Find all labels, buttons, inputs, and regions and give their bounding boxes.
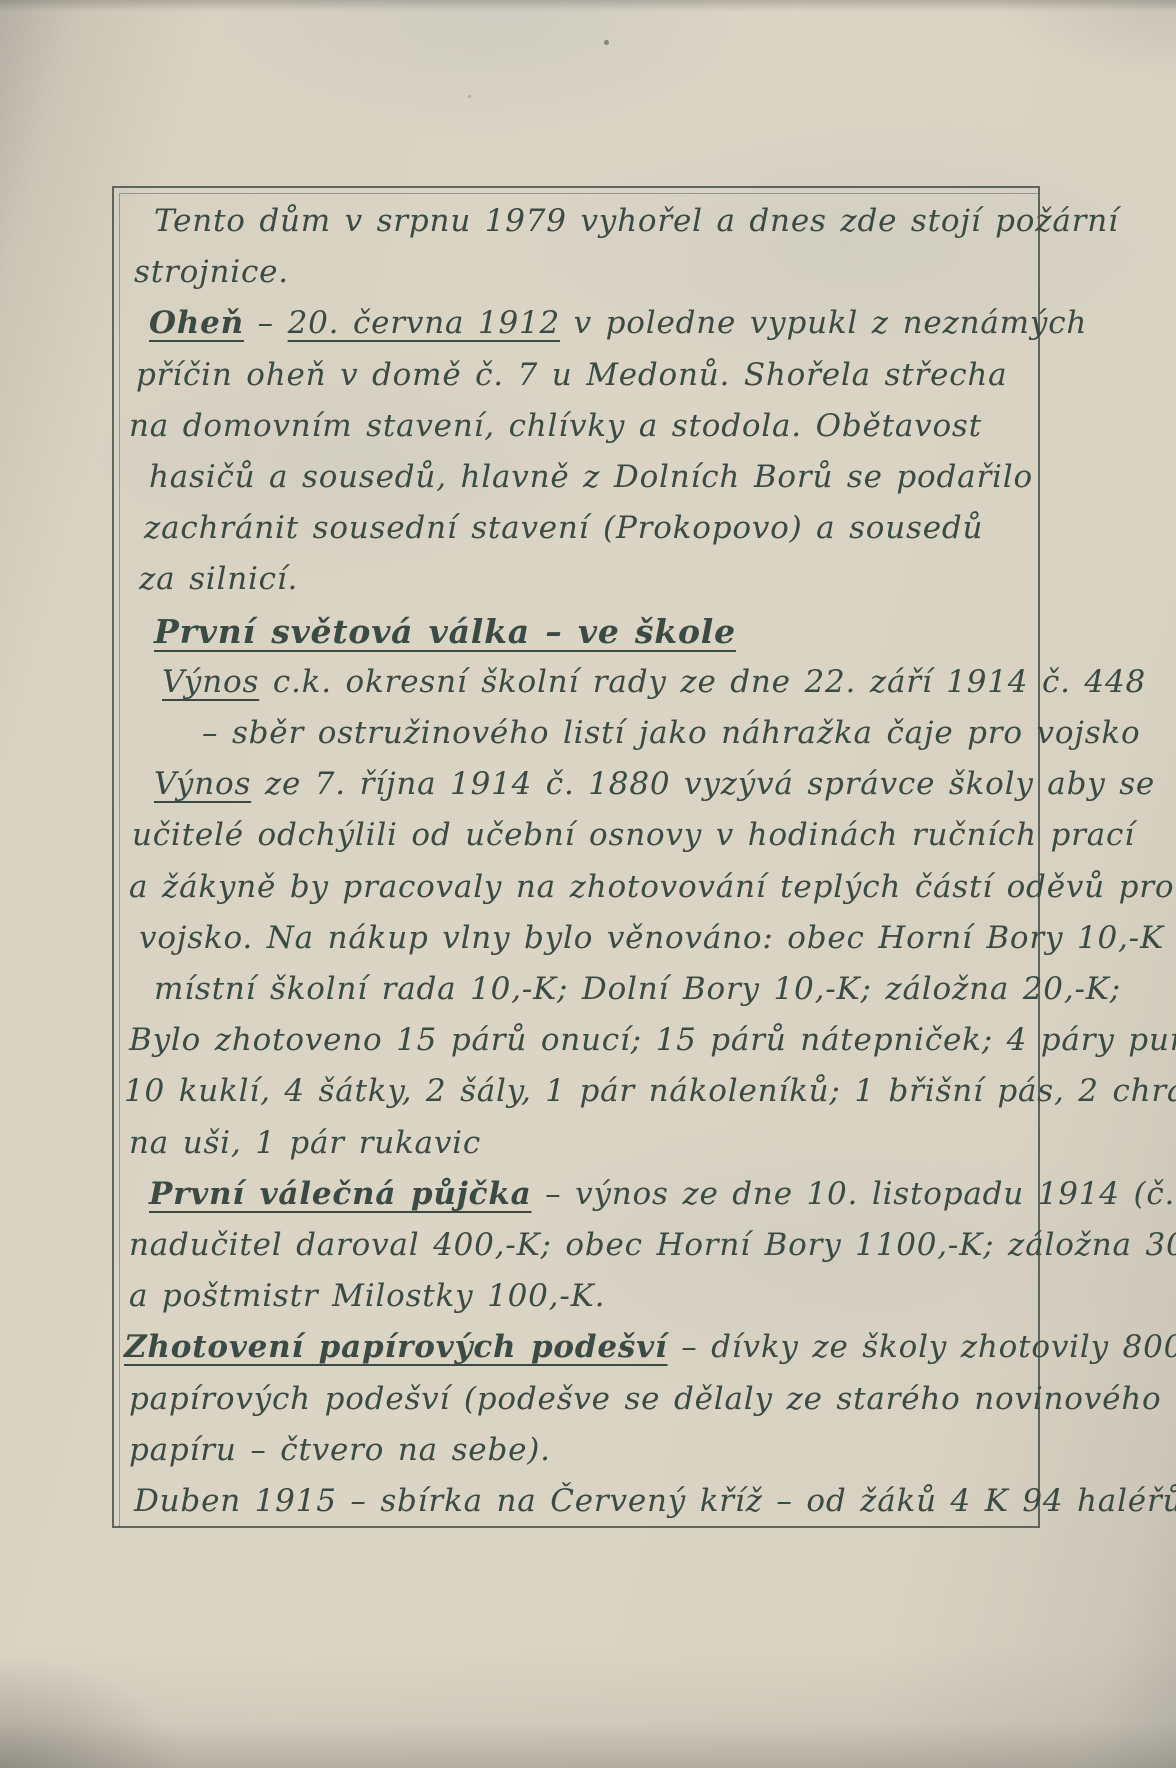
paper-speck [468, 95, 471, 98]
phrase: nadučitel daroval 400,-K; obec Horní Bor… [129, 1227, 1176, 1263]
phrase: 10 kuklí, 4 šátky, 2 šály, 1 pár nákolen… [124, 1073, 1176, 1109]
underlined-phrase: 20. června 1912 [288, 305, 560, 341]
phrase: místní školní rada 10,-K; Dolní Bory 10,… [154, 971, 1121, 1007]
underlined-phrase: Oheň [149, 305, 244, 341]
phrase: papírových podešví (podešve se dělaly ze… [129, 1381, 1161, 1417]
underlined-phrase: První světová válka – ve škole [154, 612, 736, 651]
section-heading: První světová válka – ve škole [124, 606, 1054, 657]
phrase: ze 7. října 1914 č. 1880 vyzývá správce … [251, 766, 1155, 802]
text-line: nadučitel daroval 400,-K; obec Horní Bor… [124, 1220, 1054, 1271]
phrase: příčin oheň v domě č. 7 u Medonů. Shořel… [136, 357, 1007, 393]
phrase: zachránit sousední stavení (Prokopovo) a… [144, 510, 983, 546]
phrase: v poledne vypukl z neznámých [560, 305, 1087, 341]
text-line: na domovním stavení, chlívky a stodola. … [124, 401, 1054, 452]
text-line: Tento dům v srpnu 1979 vyhořel a dnes zd… [124, 196, 1054, 247]
phrase: Duben 1915 – sbírka na Červený kříž – od… [134, 1483, 1176, 1519]
text-line: Výnos c.k. okresní školní rady ze dne 22… [124, 657, 1054, 708]
text-line: strojnice. [124, 247, 1054, 298]
paper-speck [604, 40, 609, 45]
text-line: Zhotovení papírových podešví – dívky ze … [124, 1322, 1054, 1373]
phrase: – [244, 305, 288, 341]
text-line: příčin oheň v domě č. 7 u Medonů. Shořel… [124, 350, 1054, 401]
text-line: hasičů a sousedů, hlavně z Dolních Borů … [124, 452, 1054, 503]
phrase: Bylo zhotoveno 15 párů onucí; 15 párů ná… [129, 1022, 1176, 1058]
phrase: c.k. okresní školní rady ze dne 22. září… [259, 664, 1146, 700]
text-line: První válečná půjčka – výnos ze dne 10. … [124, 1169, 1054, 1220]
text-line: papíru – čtvero na sebe). [124, 1425, 1054, 1476]
text-line: místní školní rada 10,-K; Dolní Bory 10,… [124, 964, 1054, 1015]
phrase: Tento dům v srpnu 1979 vyhořel a dnes zd… [154, 203, 1119, 239]
phrase: a žákyně by pracovaly na zhotovování tep… [129, 869, 1174, 905]
phrase: a poštmistr Milostky 100,-K. [129, 1278, 605, 1314]
text-line: Duben 1915 – sbírka na Červený kříž – od… [124, 1476, 1054, 1527]
text-line: a poštmistr Milostky 100,-K. [124, 1271, 1054, 1322]
underlined-phrase: Výnos [154, 766, 251, 802]
scanned-chronicle-page: Tento dům v srpnu 1979 vyhořel a dnes zd… [0, 0, 1176, 1768]
phrase: na domovním stavení, chlívky a stodola. … [129, 408, 982, 444]
phrase: vojsko. Na nákup vlny bylo věnováno: obe… [139, 920, 1164, 956]
text-line: vojsko. Na nákup vlny bylo věnováno: obe… [124, 913, 1054, 964]
underlined-phrase: Zhotovení papírových podešví [124, 1329, 668, 1365]
text-line: Výnos ze 7. října 1914 č. 1880 vyzývá sp… [124, 759, 1054, 810]
text-line: Oheň – 20. června 1912 v poledne vypukl … [124, 298, 1054, 349]
phrase: na uši, 1 pár rukavic [129, 1125, 481, 1161]
text-line: Bylo zhotoveno 15 párů onucí; 15 párů ná… [124, 1015, 1054, 1066]
text-line: a žákyně by pracovaly na zhotovování tep… [124, 862, 1054, 913]
phrase: – výnos ze dne 10. listopadu 1914 (č. 67… [532, 1176, 1176, 1212]
phrase: – sběr ostružinového listí jako náhražka… [202, 715, 1140, 751]
text-line: za silnicí. [124, 554, 1054, 605]
phrase: za silnicí. [139, 561, 298, 597]
phrase: učitelé odchýlili od učební osnovy v hod… [132, 817, 1135, 853]
phrase: – dívky ze školy zhotovily 800 párů [668, 1329, 1176, 1365]
text-line: na uši, 1 pár rukavic [124, 1118, 1054, 1169]
text-line: učitelé odchýlili od učební osnovy v hod… [124, 810, 1054, 861]
underlined-phrase: První válečná půjčka [149, 1176, 532, 1212]
manuscript-text: Tento dům v srpnu 1979 vyhořel a dnes zd… [124, 196, 1054, 1527]
text-line: – sběr ostružinového listí jako náhražka… [124, 708, 1054, 759]
hand-drawn-border: Tento dům v srpnu 1979 vyhořel a dnes zd… [112, 186, 1040, 1528]
text-line: zachránit sousední stavení (Prokopovo) a… [124, 503, 1054, 554]
underlined-phrase: Výnos [162, 664, 259, 700]
phrase: hasičů a sousedů, hlavně z Dolních Borů … [149, 459, 1033, 495]
phrase: strojnice. [134, 254, 289, 290]
phrase: papíru – čtvero na sebe). [129, 1432, 551, 1468]
text-line: 10 kuklí, 4 šátky, 2 šály, 1 pár nákolen… [124, 1066, 1054, 1117]
text-line: papírových podešví (podešve se dělaly ze… [124, 1374, 1054, 1425]
